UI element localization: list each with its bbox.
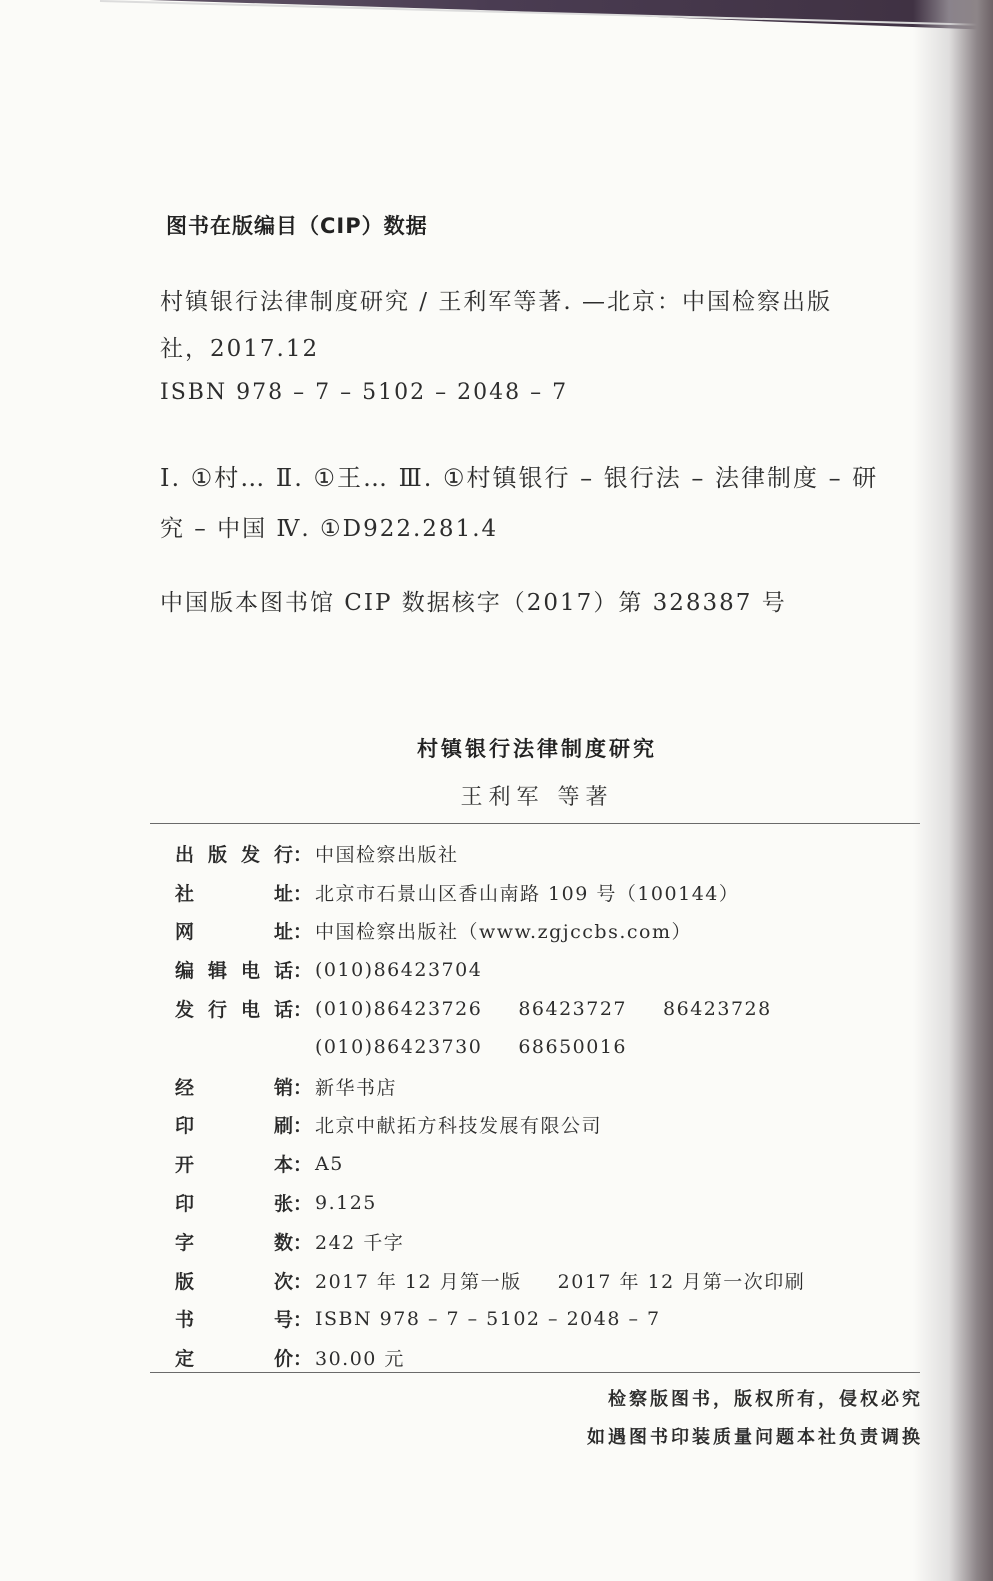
copyright-notice: 检察版图书，版权所有，侵权必究	[608, 1385, 923, 1411]
imprint-label-char: 行	[208, 995, 227, 1022]
imprint-label-char: 辑	[208, 956, 227, 983]
imprint-label-char: 社	[175, 879, 194, 906]
imprint-value-item: 86423728	[663, 998, 772, 1020]
imprint-label: 发行电话	[175, 995, 293, 1022]
imprint-colon: ：	[293, 879, 313, 906]
imprint-label-char: 网	[175, 917, 194, 944]
imprint-value: (010)8642373068650016	[313, 1036, 627, 1058]
imprint-label-char: 数	[274, 1228, 293, 1255]
imprint-label-char: 刷	[274, 1111, 293, 1138]
imprint-row: 字数：242 千字	[175, 1222, 805, 1261]
cip-subject-line-2: 究 – 中国 Ⅳ. ①D922.281.4	[160, 510, 498, 543]
imprint-value: 中国检察出版社	[313, 840, 459, 867]
imprint-value-item: (010)86423726	[315, 998, 482, 1020]
imprint-row: 网址：中国检察出版社（www.zgjccbs.com）	[175, 912, 805, 951]
imprint-label-char: 书	[175, 1305, 194, 1332]
imprint-label-char: 印	[175, 1111, 194, 1138]
imprint-colon: ：	[293, 1150, 313, 1177]
imprint-colon: ：	[293, 1267, 313, 1294]
imprint-value: 新华书店	[313, 1073, 397, 1100]
imprint-colon: ：	[293, 1189, 313, 1216]
imprint-colon: ：	[293, 956, 313, 983]
imprint-label-char: 电	[241, 995, 260, 1022]
imprint-value-item: 30.00 元	[315, 1348, 405, 1370]
imprint-value: 中国检察出版社（www.zgjccbs.com）	[313, 917, 692, 944]
imprint-value-item: 86423727	[518, 998, 627, 1020]
imprint-label-char: 出	[175, 840, 194, 867]
imprint-label: 书号	[175, 1305, 293, 1332]
imprint-value-item: 新华书店	[315, 1077, 397, 1099]
imprint-colon: ：	[293, 1073, 313, 1100]
imprint-row: 印刷：北京中献拓方科技发展有限公司	[175, 1106, 805, 1145]
imprint-row: (010)8642373068650016	[175, 1028, 805, 1067]
show-through-text	[640, 222, 664, 251]
imprint-value-item: (010)86423704	[315, 959, 482, 981]
imprint-value-item: 242 千字	[315, 1232, 404, 1254]
imprint-label-char: 址	[274, 917, 293, 944]
cip-subject-line-1: Ⅰ. ①村… Ⅱ. ①王… Ⅲ. ①村镇银行 – 银行法 – 法律制度 – 研	[160, 458, 878, 493]
imprint-colon: ：	[293, 1228, 313, 1255]
imprint-row: 编辑电话：(010)86423704	[175, 950, 805, 989]
imprint-row: 印张：9.125	[175, 1183, 805, 1222]
imprint-label-char: 版	[208, 840, 227, 867]
book-gutter-shadow	[913, 0, 993, 1581]
imprint-label-char: 号	[274, 1305, 293, 1332]
imprint-label-char: 电	[241, 956, 260, 983]
imprint-row: 出版发行：中国检察出版社	[175, 834, 805, 873]
imprint-label-char: 话	[274, 956, 293, 983]
imprint-value-item: A5	[315, 1153, 344, 1175]
imprint-label-char: 开	[175, 1150, 194, 1177]
imprint-row: 开本：A5	[175, 1144, 805, 1183]
imprint-value-item: 2017 年 12 月第一版	[315, 1271, 522, 1293]
imprint-value: 30.00 元	[313, 1344, 405, 1371]
cip-bibliographic-line-1: 村镇银行法律制度研究 / 王利军等著. —北京：中国检察出版	[160, 283, 832, 316]
imprint-label-char: 编	[175, 956, 194, 983]
imprint-row: 版次：2017 年 12 月第一版2017 年 12 月第一次印刷	[175, 1261, 805, 1300]
cip-library-record: 中国版本图书馆 CIP 数据核字（2017）第 328387 号	[160, 584, 787, 617]
imprint-label-char: 印	[175, 1189, 194, 1216]
imprint-value-item: 中国检察出版社	[315, 844, 459, 866]
quality-notice: 如遇图书印装质量问题本社负责调换	[587, 1423, 923, 1449]
imprint-label: 版次	[175, 1267, 293, 1294]
imprint-value-item: (010)86423730	[315, 1036, 482, 1058]
imprint-value: 北京中献拓方科技发展有限公司	[313, 1111, 602, 1138]
imprint-label: 印张	[175, 1189, 293, 1216]
imprint-value: 2017 年 12 月第一版2017 年 12 月第一次印刷	[313, 1267, 805, 1294]
imprint-colon: ：	[293, 917, 313, 944]
imprint-value-item: 中国检察出版社（www.zgjccbs.com）	[315, 921, 692, 943]
imprint-label-char: 话	[274, 995, 293, 1022]
imprint-label: 出版发行	[175, 840, 293, 867]
imprint-value: 北京市石景山区香山南路 109 号（100144）	[313, 879, 739, 906]
imprint-value: ISBN 978 – 7 – 5102 – 2048 – 7	[313, 1308, 661, 1330]
imprint-label: 网址	[175, 917, 293, 944]
imprint-label-char: 行	[274, 840, 293, 867]
imprint-label-char: 址	[274, 879, 293, 906]
imprint-label-char: 版	[175, 1267, 194, 1294]
imprint-table: 出版发行：中国检察出版社社址：北京市石景山区香山南路 109 号（100144）…	[175, 834, 805, 1377]
imprint-value-item: 北京市石景山区香山南路 109 号（100144）	[315, 883, 739, 905]
imprint-value: A5	[313, 1153, 344, 1175]
show-through-title	[590, 345, 648, 422]
imprint-label-char: 字	[175, 1228, 194, 1255]
cip-heading: 图书在版编目（CIP）数据	[166, 210, 428, 240]
imprint-label: 印刷	[175, 1111, 293, 1138]
imprint-colon: ：	[293, 1305, 313, 1332]
imprint-label-char: 次	[274, 1267, 293, 1294]
imprint-label: 定价	[175, 1344, 293, 1371]
imprint-label-char: 定	[175, 1344, 194, 1371]
imprint-top-rule	[150, 823, 920, 824]
imprint-value-item: 9.125	[315, 1192, 377, 1214]
imprint-label: 编辑电话	[175, 956, 293, 983]
imprint-colon: ：	[293, 1111, 313, 1138]
imprint-label-char: 销	[274, 1073, 293, 1100]
cip-isbn: ISBN 978 – 7 – 5102 – 2048 – 7	[160, 380, 568, 405]
imprint-label-char: 价	[274, 1344, 293, 1371]
imprint-label-char: 张	[274, 1189, 293, 1216]
imprint-label-char: 经	[175, 1073, 194, 1100]
imprint-row: 书号：ISBN 978 – 7 – 5102 – 2048 – 7	[175, 1300, 805, 1339]
scan-top-edge	[0, 0, 993, 30]
imprint-value-item: 北京中献拓方科技发展有限公司	[315, 1115, 602, 1137]
imprint-label-char: 本	[274, 1150, 293, 1177]
imprint-label-char: 发	[241, 840, 260, 867]
cip-bibliographic-line-2: 社，2017.12	[160, 330, 319, 363]
imprint-value-item: 68650016	[518, 1036, 627, 1058]
imprint-colon: ：	[293, 995, 313, 1022]
imprint-value-item: ISBN 978 – 7 – 5102 – 2048 – 7	[315, 1308, 661, 1330]
imprint-label: 开本	[175, 1150, 293, 1177]
imprint-label: 社址	[175, 879, 293, 906]
book-author: 王利军 等著	[0, 780, 993, 811]
imprint-value: 242 千字	[313, 1228, 404, 1255]
imprint-colon: ：	[293, 1344, 313, 1371]
imprint-value: 9.125	[313, 1192, 377, 1214]
imprint-bottom-rule	[150, 1372, 920, 1373]
imprint-label: 经销	[175, 1073, 293, 1100]
imprint-row: 社址：北京市石景山区香山南路 109 号（100144）	[175, 873, 805, 912]
imprint-row: 经销：新华书店	[175, 1067, 805, 1106]
imprint-value-item: 2017 年 12 月第一次印刷	[558, 1271, 806, 1293]
book-title: 村镇银行法律制度研究	[0, 733, 993, 763]
imprint-value: (010)86423704	[313, 959, 482, 981]
imprint-colon: ：	[293, 840, 313, 867]
imprint-row: 发行电话：(010)864237268642372786423728	[175, 989, 805, 1028]
imprint-label-char: 发	[175, 995, 194, 1022]
imprint-value: (010)864237268642372786423728	[313, 998, 772, 1020]
imprint-label: 字数	[175, 1228, 293, 1255]
